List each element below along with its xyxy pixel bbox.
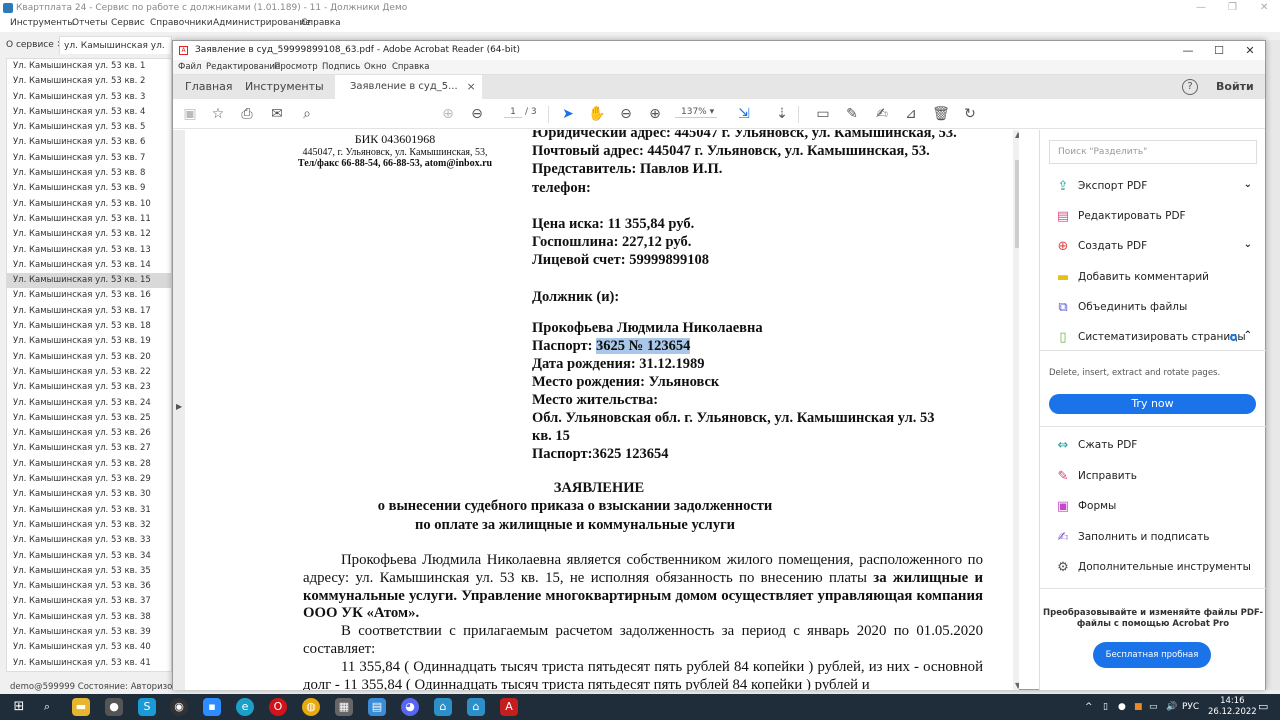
debtor-passport[interactable]: Паспорт: 3625 № 123654 bbox=[532, 337, 690, 355]
background-app-menu: Инструменты Отчеты Сервис Справочники Ад… bbox=[0, 16, 1280, 32]
debtor-name: Прокофьева Людмила Николаевна bbox=[532, 319, 763, 337]
bg-minimize-button[interactable]: — bbox=[1196, 0, 1206, 16]
menu-view[interactable]: Просмотр bbox=[274, 62, 318, 72]
language-indicator[interactable]: РУС bbox=[1182, 694, 1199, 720]
acrobat-titlebar: A Заявление в суд_59999899108_63.pdf - A… bbox=[173, 41, 1265, 60]
tool-item[interactable]: ⚙Дополнительные инструменты bbox=[1040, 555, 1266, 583]
list-item[interactable]: Ул. Камышинская ул. 53 кв. 9 bbox=[7, 181, 171, 196]
file-explorer-icon[interactable]: ▬ bbox=[72, 698, 90, 716]
tool-label: Создать PDF bbox=[1078, 240, 1147, 252]
tab-document-label: Заявление в суд_5... bbox=[350, 81, 458, 92]
tool-label: Заполнить и подписать bbox=[1078, 531, 1209, 543]
free-trial-button[interactable]: Бесплатная пробная версия bbox=[1093, 642, 1211, 668]
list-item[interactable]: Ул. Камышинская ул. 53 кв. 20 bbox=[7, 350, 171, 365]
debtor-residence-2: кв. 15 bbox=[532, 427, 570, 445]
zoom-level-select[interactable]: 137% ▾ bbox=[675, 107, 717, 118]
tab-document[interactable]: Заявление в суд_5... × bbox=[335, 75, 482, 99]
pdf-page[interactable]: БИК 043601968 445047, г. Ульяновск, ул. … bbox=[185, 130, 1013, 690]
debtor-birth-place: Место рождения: Ульяновск bbox=[532, 373, 719, 391]
skype-icon[interactable]: S bbox=[138, 698, 156, 716]
tab-about-label: О сервисе bbox=[6, 40, 54, 50]
list-item[interactable]: Ул. Камышинская ул. 53 кв. 27 bbox=[7, 441, 171, 456]
list-item[interactable]: Ул. Камышинская ул. 53 кв. 35 bbox=[7, 564, 171, 579]
tool-item[interactable]: ▤Редактировать PDF bbox=[1040, 204, 1266, 232]
list-item[interactable]: Ул. Камышинская ул. 53 кв. 31 bbox=[7, 503, 171, 518]
divider bbox=[1040, 588, 1266, 589]
list-item[interactable]: Ул. Камышинская ул. 53 кв. 23 bbox=[7, 380, 171, 395]
list-item[interactable]: Ул. Камышинская ул. 53 кв. 1 bbox=[7, 59, 171, 74]
tool-item[interactable]: ✍Заполнить и подписать bbox=[1040, 525, 1266, 553]
document-subheading-1: о вынесении судебного приказа о взыскани… bbox=[173, 498, 989, 515]
zoom-out-icon[interactable]: ⊖ bbox=[617, 105, 635, 123]
list-item[interactable]: Ул. Камышинская ул. 53 кв. 15 bbox=[7, 273, 171, 288]
bg-restore-button[interactable]: ❐ bbox=[1228, 0, 1237, 16]
requisite-line: Госпошлина: 227,12 руб. bbox=[532, 233, 691, 251]
tool-item[interactable]: ▣Формы bbox=[1040, 494, 1266, 522]
acrobat-window: A Заявление в суд_59999899108_63.pdf - A… bbox=[172, 40, 1266, 690]
toolbar-divider bbox=[548, 106, 549, 123]
document-subheading-2: по оплате за жилищные и коммунальные усл… bbox=[173, 517, 989, 534]
tool-item[interactable]: ▬Добавить комментарий bbox=[1040, 265, 1266, 293]
taskbar: ⊞ ⌕ ▬ ● S ◉ ▪ e O ◍ ▦ ▤ ◕ ⌂ ⌂ A ^ ▯ ● ■ … bbox=[0, 694, 1280, 720]
tool-item[interactable]: ⇪Экспорт PDF⌄ bbox=[1040, 174, 1266, 202]
list-item[interactable]: Ул. Камышинская ул. 53 кв. 38 bbox=[7, 610, 171, 625]
clock[interactable]: 14:16 26.12.2022 bbox=[1208, 696, 1257, 718]
list-item[interactable]: Ул. Камышинская ул. 53 кв. 30 bbox=[7, 487, 171, 502]
zoom-level-value: 137% bbox=[681, 107, 707, 117]
discord-icon[interactable]: ◕ bbox=[401, 698, 419, 716]
requisite-line: Юридический адрес: 445047 г. Ульяновск, … bbox=[532, 130, 957, 142]
pdf-file-icon: A bbox=[179, 46, 188, 55]
compress-pdf-icon: ⇔ bbox=[1055, 438, 1071, 454]
list-item[interactable]: Ул. Камышинская ул. 53 кв. 40 bbox=[7, 640, 171, 655]
debtor-birth-date: Дата рождения: 31.12.1989 bbox=[532, 355, 705, 373]
list-item[interactable]: Ул. Камышинская ул. 53 кв. 16 bbox=[7, 288, 171, 303]
zoom-app-icon[interactable]: ▪ bbox=[203, 698, 221, 716]
bank-bik: БИК 043601968 bbox=[245, 132, 545, 147]
organize-description: Delete, insert, extract and rotate pages… bbox=[1049, 368, 1220, 378]
rotate-icon[interactable]: ↻ bbox=[961, 105, 979, 123]
menu-directories[interactable]: Справочники bbox=[150, 18, 213, 28]
list-item[interactable]: Ул. Камышинская ул. 53 кв. 37 bbox=[7, 594, 171, 609]
more-tools-icon: ⚙ bbox=[1055, 560, 1071, 576]
tool-label: Объединить файлы bbox=[1078, 301, 1187, 313]
menu-service[interactable]: Сервис bbox=[111, 18, 145, 28]
prev-page-icon[interactable]: ⊕ bbox=[439, 105, 457, 123]
hand-tool-icon[interactable]: ✋ bbox=[588, 105, 606, 123]
list-item[interactable]: Ул. Камышинская ул. 53 кв. 26 bbox=[7, 426, 171, 441]
scroll-mode-icon[interactable]: ⇣ bbox=[773, 105, 791, 123]
menu-help[interactable]: Справка bbox=[392, 62, 429, 72]
page-total: / 3 bbox=[525, 107, 537, 117]
tray-app-icon[interactable]: ▯ bbox=[1103, 694, 1108, 720]
requisite-line: Цена иска: 11 355,84 руб. bbox=[532, 215, 694, 233]
scroll-up-icon[interactable]: ▲ bbox=[1015, 130, 1019, 139]
list-item[interactable]: Ул. Камышинская ул. 53 кв. 28 bbox=[7, 457, 171, 472]
menu-edit[interactable]: Редактирование bbox=[206, 62, 280, 72]
close-button[interactable]: ✕ bbox=[1235, 41, 1265, 60]
passport-label: Паспорт: bbox=[532, 338, 596, 354]
windows-start-icon[interactable]: ⊞ bbox=[10, 698, 28, 716]
list-item[interactable]: Ул. Камышинская ул. 53 кв. 13 bbox=[7, 243, 171, 258]
debtor-passport-2: Паспорт:3625 123654 bbox=[532, 445, 669, 463]
document-viewport[interactable]: ▶ БИК 043601968 445047, г. Ульяновск, ул… bbox=[173, 130, 1019, 690]
status-bar: demo@599999 Состояние: Авторизован bbox=[10, 682, 188, 692]
maximize-button[interactable]: ☐ bbox=[1204, 41, 1234, 60]
paragraph-3: 11 355,84 ( Одиннадцать тысяч триста пят… bbox=[303, 659, 983, 690]
list-item[interactable]: Ул. Камышинская ул. 53 кв. 22 bbox=[7, 365, 171, 380]
new-badge-icon bbox=[1230, 334, 1237, 341]
acrobat-title: Заявление в суд_59999899108_63.pdf - Ado… bbox=[195, 45, 520, 55]
bookmark-star-icon[interactable]: ☆ bbox=[209, 105, 227, 123]
debtor-residence-1: Обл. Ульяновская обл. г. Ульяновск, ул. … bbox=[532, 409, 934, 427]
list-item[interactable]: Ул. Камышинская ул. 53 кв. 34 bbox=[7, 549, 171, 564]
expand-left-icon[interactable]: ▶ bbox=[176, 402, 182, 411]
list-item[interactable]: Ул. Камышинская ул. 53 кв. 11 bbox=[7, 212, 171, 227]
bank-details: БИК 043601968 445047, г. Ульяновск, ул. … bbox=[245, 132, 545, 169]
kvartplata-debtors-icon[interactable]: ⌂ bbox=[467, 698, 485, 716]
organize-pages-icon: ▯ bbox=[1055, 330, 1071, 346]
tool-label: Редактировать PDF bbox=[1078, 210, 1186, 222]
chevron-icon[interactable]: ⌃ bbox=[1244, 330, 1252, 341]
tool-label: Дополнительные инструменты bbox=[1078, 561, 1251, 573]
fill-sign-icon: ✍ bbox=[1055, 530, 1071, 546]
calculator-icon[interactable]: ▦ bbox=[335, 698, 353, 716]
tray-app2-icon[interactable]: ■ bbox=[1134, 694, 1143, 720]
email-icon[interactable]: ✉ bbox=[268, 105, 286, 123]
document-heading: ЗАЯВЛЕНИЕ bbox=[185, 480, 1013, 497]
tool-item[interactable]: ⇔Сжать PDF bbox=[1040, 433, 1266, 461]
notifications-icon[interactable]: ▭ bbox=[1258, 694, 1268, 720]
obs-icon[interactable]: ◉ bbox=[170, 698, 188, 716]
login-button[interactable]: Войти bbox=[1216, 75, 1254, 99]
save-icon[interactable]: ▣ bbox=[181, 105, 199, 123]
tools-search-input[interactable]: Поиск "Разделить" bbox=[1049, 140, 1257, 164]
tool-item[interactable]: ⊕Создать PDF⌄ bbox=[1040, 234, 1266, 262]
tab-home[interactable]: Главная bbox=[185, 75, 233, 99]
tool-item[interactable]: ▯Систематизировать страницы⌃ bbox=[1040, 325, 1266, 353]
acrobat-taskbar-icon[interactable]: A bbox=[500, 698, 518, 716]
highlight-icon[interactable]: ✎ bbox=[843, 105, 861, 123]
list-item[interactable]: Ул. Камышинская ул. 53 кв. 41 bbox=[7, 656, 171, 671]
chrome-icon[interactable]: ◍ bbox=[302, 698, 320, 716]
acrobat-tabs: Главная Инструменты Заявление в суд_5...… bbox=[173, 75, 1265, 99]
help-icon[interactable]: ? bbox=[1182, 79, 1198, 95]
redact-icon: ✎ bbox=[1055, 469, 1071, 485]
create-pdf-icon: ⊕ bbox=[1055, 239, 1071, 255]
apartment-list[interactable]: Ул. Камышинская ул. 53 кв. 1Ул. Камышинс… bbox=[6, 58, 172, 672]
list-item[interactable]: Ул. Камышинская ул. 53 кв. 25 bbox=[7, 411, 171, 426]
document-scrollbar[interactable]: ▲ ▼ bbox=[1013, 130, 1019, 690]
list-item[interactable]: Ул. Камышинская ул. 53 кв. 29 bbox=[7, 472, 171, 487]
page-number-input[interactable]: 1 bbox=[504, 107, 522, 118]
list-item[interactable]: Ул. Камышинская ул. 53 кв. 4 bbox=[7, 105, 171, 120]
print-icon[interactable]: ⎙ bbox=[238, 105, 256, 123]
paragraph-3-text: 11 355,84 ( Одиннадцать тысяч триста пят… bbox=[303, 659, 983, 690]
select-cursor-icon[interactable]: ➤ bbox=[559, 105, 577, 123]
selected-text[interactable]: 3625 № 123654 bbox=[596, 338, 690, 354]
fill-icon[interactable]: ⊿ bbox=[902, 105, 920, 123]
acrobat-menu: Файл Редактирование Просмотр Подпись Окн… bbox=[173, 60, 1265, 75]
menu-file[interactable]: Файл bbox=[178, 62, 201, 72]
clock-date: 26.12.2022 bbox=[1208, 707, 1257, 718]
tray-expand-icon[interactable]: ^ bbox=[1085, 694, 1093, 720]
requisite-line: Должник (и): bbox=[532, 288, 619, 306]
list-item[interactable]: Ул. Камышинская ул. 53 кв. 3 bbox=[7, 90, 171, 105]
menu-reports[interactable]: Отчеты bbox=[72, 18, 108, 28]
tool-item[interactable]: ✎Исправить bbox=[1040, 464, 1266, 492]
tab-tools[interactable]: Инструменты bbox=[245, 75, 324, 99]
delete-icon[interactable]: 🗑 bbox=[932, 105, 950, 123]
list-item[interactable]: Ул. Камышинская ул. 53 кв. 12 bbox=[7, 227, 171, 242]
divider bbox=[1040, 426, 1266, 427]
tool-label: Систематизировать страницы bbox=[1078, 331, 1246, 343]
background-app-title: Квартплата 24 - Сервис по работе с должн… bbox=[16, 3, 407, 13]
list-item[interactable]: Ул. Камышинская ул. 53 кв. 19 bbox=[7, 334, 171, 349]
tool-label: Добавить комментарий bbox=[1078, 271, 1209, 283]
search-icon[interactable]: ⌕ bbox=[298, 105, 316, 123]
forms-icon: ▣ bbox=[1055, 499, 1071, 515]
paragraph-2-text: В соответствии с прилагаемым расчетом за… bbox=[303, 623, 983, 657]
background-app-titlebar: Квартплата 24 - Сервис по работе с должн… bbox=[0, 0, 1280, 16]
search-icon[interactable]: ⌕ bbox=[38, 698, 56, 716]
list-item[interactable]: Ул. Камышинская ул. 53 кв. 7 bbox=[7, 151, 171, 166]
debtor-residence-label: Место жительства: bbox=[532, 391, 658, 409]
next-page-icon[interactable]: ⊖ bbox=[468, 105, 486, 123]
scroll-down-icon[interactable]: ▼ bbox=[1015, 681, 1019, 690]
menu-help[interactable]: Справка bbox=[301, 18, 341, 28]
acrobat-toolbar: ▣ ☆ ⎙ ✉ ⌕ ⊕ ⊖ 1 / 3 ➤ ✋ ⊖ ⊕ 137% ▾ ⇲ ⇣ ▭… bbox=[173, 99, 1265, 129]
background-right-strip bbox=[1266, 40, 1280, 690]
tool-label: Исправить bbox=[1078, 470, 1137, 482]
left-panel-toggle[interactable]: ▶ bbox=[173, 130, 185, 690]
fit-page-icon[interactable]: ⇲ bbox=[735, 105, 753, 123]
bg-close-button[interactable]: ✕ bbox=[1260, 0, 1268, 16]
opera-icon[interactable]: O bbox=[269, 698, 287, 716]
list-item[interactable]: Ул. Камышинская ул. 53 кв. 39 bbox=[7, 625, 171, 640]
tool-item[interactable]: ⧉Объединить файлы bbox=[1040, 295, 1266, 323]
list-item[interactable]: Ул. Камышинская ул. 53 кв. 14 bbox=[7, 258, 171, 273]
close-tab-icon[interactable]: × bbox=[466, 75, 475, 99]
volume-icon[interactable]: 🔊 bbox=[1166, 694, 1177, 720]
bank-phone: Тел/факс 66-88-54, 66-88-53, atom@inbox.… bbox=[245, 158, 545, 169]
app-logo-icon bbox=[3, 3, 13, 13]
chevron-icon[interactable]: ⌄ bbox=[1244, 239, 1252, 250]
toolbar-divider bbox=[798, 106, 799, 123]
minimize-button[interactable]: — bbox=[1173, 41, 1203, 60]
list-item[interactable]: Ул. Камышинская ул. 53 кв. 36 bbox=[7, 579, 171, 594]
comment-icon: ▬ bbox=[1055, 270, 1071, 286]
divider bbox=[1040, 350, 1266, 351]
kvartplata-icon[interactable]: ⌂ bbox=[434, 698, 452, 716]
promo-text: Преобразовывайте и изменяйте файлы PDF-ф… bbox=[1040, 608, 1266, 630]
tool-label: Сжать PDF bbox=[1078, 439, 1137, 451]
menu-window[interactable]: Окно bbox=[364, 62, 387, 72]
edit-pdf-icon: ▤ bbox=[1055, 209, 1071, 225]
chevron-icon[interactable]: ⌄ bbox=[1244, 179, 1252, 190]
tray-obs-icon[interactable]: ● bbox=[1118, 694, 1126, 720]
requisite-line: телефон: bbox=[532, 179, 591, 197]
menu-tools[interactable]: Инструменты bbox=[10, 18, 74, 28]
list-item[interactable]: Ул. Камышинская ул. 53 кв. 18 bbox=[7, 319, 171, 334]
menu-sign[interactable]: Подпись bbox=[322, 62, 360, 72]
edge-icon[interactable]: e bbox=[236, 698, 254, 716]
list-item[interactable]: Ул. Камышинская ул. 53 кв. 5 bbox=[7, 120, 171, 135]
list-item[interactable]: Ул. Камышинская ул. 53 кв. 32 bbox=[7, 518, 171, 533]
list-item[interactable]: Ул. Камышинская ул. 53 кв. 8 bbox=[7, 166, 171, 181]
app-icon[interactable]: ● bbox=[105, 698, 123, 716]
paragraph-2: В соответствии с прилагаемым расчетом за… bbox=[303, 623, 983, 659]
zoom-in-icon[interactable]: ⊕ bbox=[646, 105, 664, 123]
scrollbar-thumb[interactable] bbox=[1015, 160, 1019, 248]
requisite-line: Лицевой счет: 59999899108 bbox=[532, 251, 709, 269]
export-pdf-icon: ⇪ bbox=[1055, 179, 1071, 195]
combine-files-icon: ⧉ bbox=[1055, 300, 1071, 316]
list-item[interactable]: Ул. Камышинская ул. 53 кв. 6 bbox=[7, 135, 171, 150]
clock-time: 14:16 bbox=[1208, 696, 1257, 707]
try-now-button[interactable]: Try now bbox=[1049, 394, 1256, 414]
background-app-tabs: О сервисе ✕ ул. Камышинская ул. 53 ✕ bbox=[0, 34, 172, 54]
list-item[interactable]: Ул. Камышинская ул. 53 кв. 17 bbox=[7, 304, 171, 319]
requisite-line: Почтовый адрес: 445047 г. Ульяновск, ул.… bbox=[532, 142, 930, 160]
requisite-line: Представитель: Павлов И.П. bbox=[532, 160, 722, 178]
tools-panel: Поиск "Разделить" ⇪Экспорт PDF⌄▤Редактир… bbox=[1039, 130, 1265, 690]
app-window-icon[interactable]: ▤ bbox=[368, 698, 386, 716]
sign-icon[interactable]: ✍ bbox=[873, 105, 891, 123]
list-item[interactable]: Ул. Камышинская ул. 53 кв. 2 bbox=[7, 74, 171, 89]
paragraph-1: Прокофьева Людмила Николаевна является с… bbox=[303, 552, 983, 623]
list-item[interactable]: Ул. Камышинская ул. 53 кв. 10 bbox=[7, 197, 171, 212]
network-icon[interactable]: ▭ bbox=[1149, 694, 1158, 720]
list-item[interactable]: Ул. Камышинская ул. 53 кв. 24 bbox=[7, 396, 171, 411]
tool-label: Формы bbox=[1078, 500, 1116, 512]
list-item[interactable]: Ул. Камышинская ул. 53 кв. 33 bbox=[7, 533, 171, 548]
tool-label: Экспорт PDF bbox=[1078, 180, 1147, 192]
comment-icon[interactable]: ▭ bbox=[814, 105, 832, 123]
bank-address: 445047, г. Ульяновск, ул. Камышинская, 5… bbox=[245, 147, 545, 158]
tab-street[interactable]: ул. Камышинская ул. 53 ✕ bbox=[59, 36, 172, 54]
menu-administration[interactable]: Администрирование bbox=[213, 18, 311, 28]
